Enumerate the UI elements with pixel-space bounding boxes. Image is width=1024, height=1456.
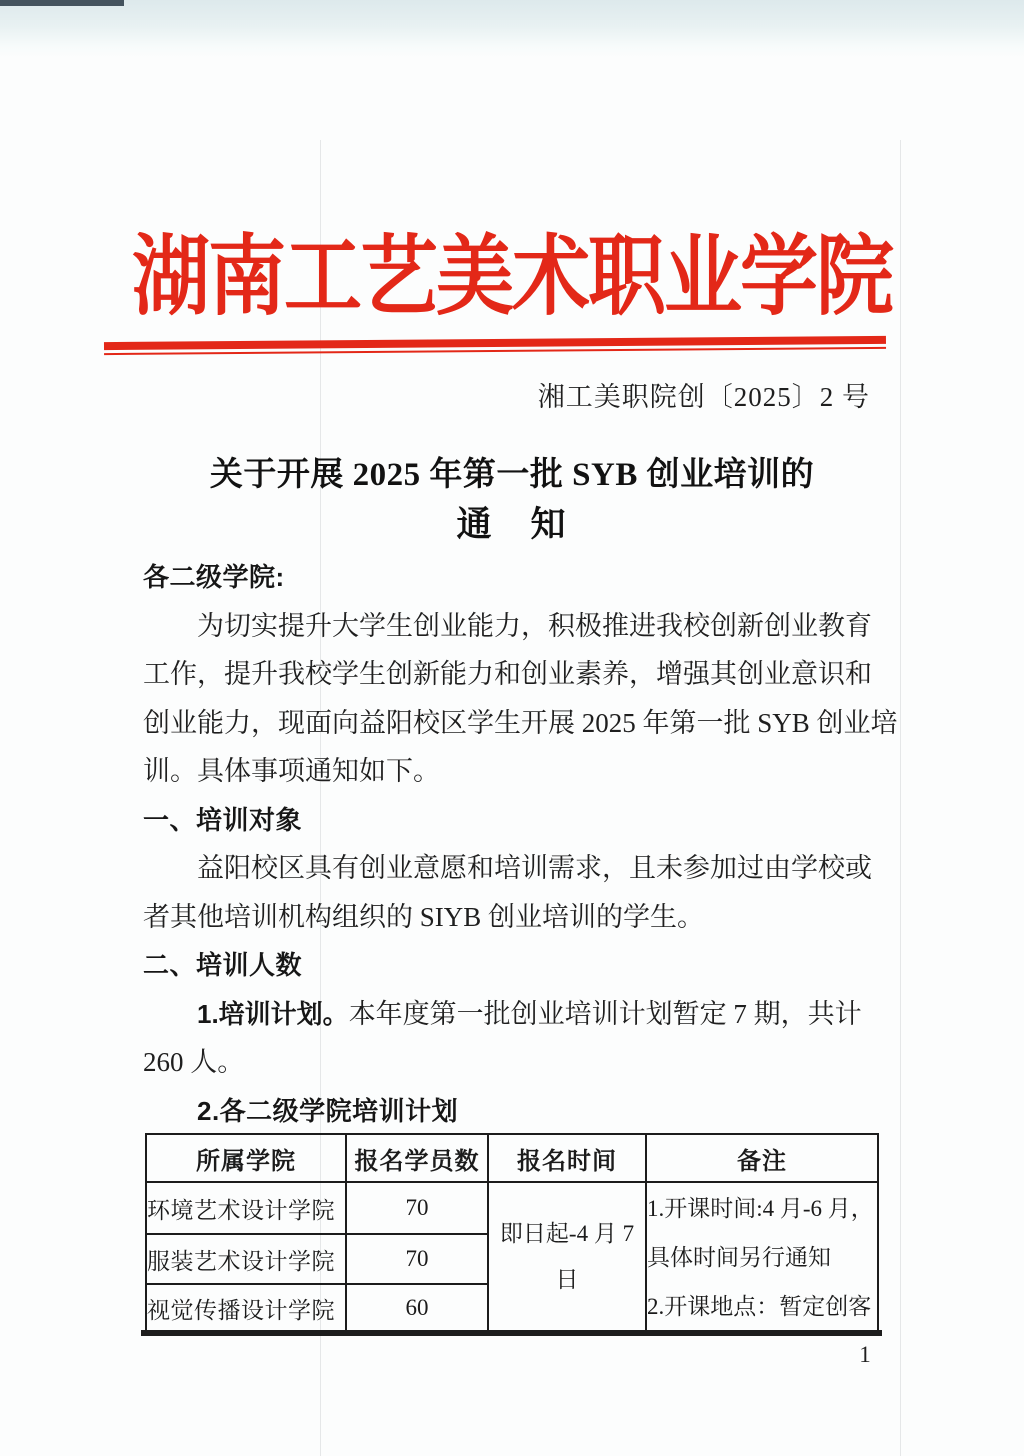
remarks-line: 2.开课地点：暂定创客 xyxy=(647,1282,877,1331)
cell-remarks: 1.开课时间:4 月-6 月，具体时间另行通知2.开课地点：暂定创客 xyxy=(646,1182,878,1332)
scanned-document-page: 湖南工艺美术职业学院 湘工美职院创〔2025〕2 号 关于开展 2025 年第一… xyxy=(0,0,1024,1456)
document-body: 各二级学院:为切实提升大学生创业能力，积极推进我校创新创业教育工作，提升我校学生… xyxy=(143,553,880,1135)
page-cut-edge xyxy=(141,1330,882,1336)
remarks-line: 1.开课时间:4 月-6 月， xyxy=(647,1184,877,1233)
section-1-line1: 益阳校区具有创业意愿和培训需求，且未参加过由学校或 xyxy=(143,844,880,893)
letterhead-separator-rule xyxy=(104,336,886,355)
cell-signup-time: 即日起-4 月 7日 xyxy=(488,1182,646,1332)
document-number: 湘工美职院创〔2025〕2 号 xyxy=(143,375,870,419)
para1-line4: 训。具体事项通知如下。 xyxy=(143,747,880,796)
signup-time-line: 日 xyxy=(489,1257,645,1303)
section-2-item1-line1-lead: 1.培训计划。 xyxy=(197,999,349,1029)
scan-corner-artifact xyxy=(0,0,124,6)
table-header-3: 备注 xyxy=(646,1134,878,1182)
page-number: 1 xyxy=(845,1341,885,1369)
table-header-0: 所属学院 xyxy=(146,1134,346,1182)
document-title: 关于开展 2025 年第一批 SYB 创业培训的 通 知 xyxy=(0,450,1024,550)
para1-line3: 创业能力，现面向益阳校区学生开展 2025 年第一批 SYB 创业培 xyxy=(143,699,880,748)
cell-count-1: 70 xyxy=(346,1234,488,1284)
section-2-item1-line1: 1.培训计划。本年度第一批创业培训计划暂定 7 期，共计 xyxy=(143,990,880,1039)
section-1-heading: 一、培训对象 xyxy=(143,796,880,845)
table-header-1: 报名学员数 xyxy=(346,1134,488,1182)
scan-top-edge-band xyxy=(0,0,1024,58)
training-plan-table: 所属学院报名学员数报名时间备注 环境艺术设计学院70即日起-4 月 7日1.开课… xyxy=(145,1133,879,1333)
cell-count-2: 60 xyxy=(346,1284,488,1332)
para1-line1: 为切实提升大学生创业能力，积极推进我校创新创业教育 xyxy=(143,602,880,651)
section-1-line2: 者其他培训机构组织的 SIYB 创业培训的学生。 xyxy=(143,893,880,942)
remarks-line: 具体时间另行通知 xyxy=(647,1233,877,1282)
para1-line2: 工作，提升我校学生创新能力和创业素养，增强其创业意识和 xyxy=(143,650,880,699)
table-header-2: 报名时间 xyxy=(488,1134,646,1182)
section-2-heading: 二、培训人数 xyxy=(143,941,880,990)
cell-college-2: 视觉传播设计学院 xyxy=(146,1284,346,1332)
salutation: 各二级学院: xyxy=(143,553,880,602)
document-title-line1: 关于开展 2025 年第一批 SYB 创业培训的 xyxy=(0,450,1024,500)
table-header-row: 所属学院报名学员数报名时间备注 xyxy=(146,1134,878,1182)
letterhead-org-name: 湖南工艺美术职业学院 xyxy=(0,226,1024,329)
cell-count-0: 70 xyxy=(346,1182,488,1234)
cell-college-0: 环境艺术设计学院 xyxy=(146,1182,346,1234)
signup-time-line: 即日起-4 月 7 xyxy=(489,1211,645,1257)
table-row-0: 环境艺术设计学院70即日起-4 月 7日1.开课时间:4 月-6 月，具体时间另… xyxy=(146,1182,878,1234)
paper-fold-line-right xyxy=(900,140,901,1456)
section-2-item1-line2: 260 人。 xyxy=(143,1038,880,1087)
document-title-line2: 通 知 xyxy=(0,500,1024,550)
section-2-item2-heading: 2.各二级学院培训计划 xyxy=(143,1087,880,1136)
cell-college-1: 服装艺术设计学院 xyxy=(146,1234,346,1284)
